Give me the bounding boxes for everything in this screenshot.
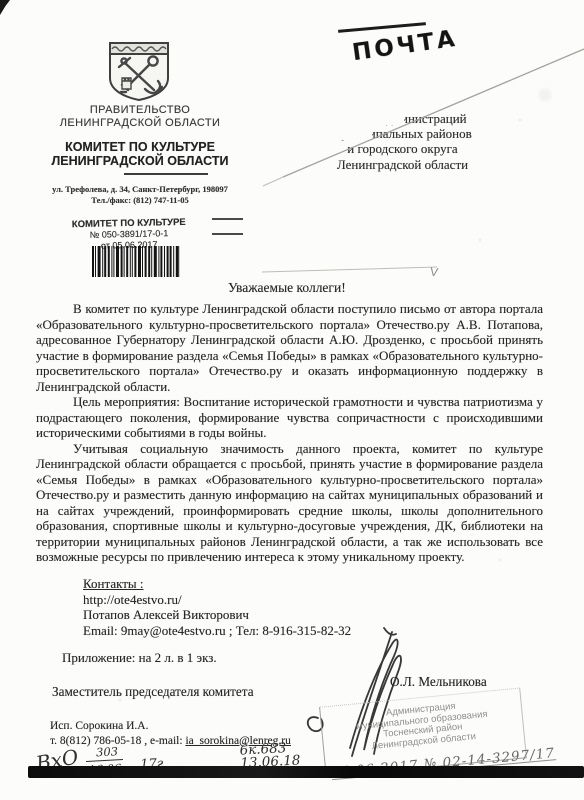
contacts-label: Контакты :: [83, 576, 351, 592]
blank-fill-line: [212, 218, 243, 220]
contacts-website: http://ote4estvo.ru/: [83, 592, 351, 608]
executor-name: Исп. Сорокина И.А.: [50, 719, 291, 734]
blank-fill-line: [212, 233, 243, 235]
addressee-line: Ленинградской области: [305, 157, 500, 172]
signer-position: Заместитель председателя комитета: [52, 684, 254, 700]
scan-edge-bar: [28, 766, 584, 778]
postal-stamp: ПОЧТА: [351, 26, 459, 66]
addressee-line: и городского округа: [305, 141, 500, 156]
incoming-stamp: Администрация муниципального образования…: [319, 687, 527, 777]
letter-body: В комитет по культуре Ленинградской обла…: [36, 301, 543, 565]
letterhead: ПРАВИТЕЛЬСТВО ЛЕНИНГРАДСКОЙ ОБЛАСТИ КОМИ…: [20, 104, 260, 168]
attachment-note: Приложение: на 2 л. в 1 экз.: [62, 650, 217, 666]
check-mark: V: [429, 265, 439, 280]
org-government-line1: ПРАВИТЕЛЬСТВО: [20, 104, 260, 117]
org-committee-line1: КОМИТЕТ ПО КУЛЬТУРЕ: [20, 140, 260, 154]
paragraph: В комитет по культуре Ленинградской обла…: [36, 301, 543, 394]
org-government-line2: ЛЕНИНГРАДСКОЙ ОБЛАСТИ: [20, 117, 260, 130]
paragraph: Учитывая социальную значимость данного п…: [36, 441, 543, 565]
scan-crease-whiteout: [292, 125, 372, 140]
contacts-email-phone: Email: 9may@ote4estvo.ru ; Тел: 8-916-31…: [83, 623, 351, 639]
coat-of-arms-icon: [107, 40, 171, 102]
paragraph: Цель мероприятия: Воспитание историческо…: [36, 394, 543, 441]
org-committee-line2: ЛЕНИНГРАДСКОЙ ОБЛАСТИ: [20, 154, 260, 168]
greeting: Уважаемые коллеги!: [228, 280, 346, 296]
signer-name: О.Л. Мельникова: [390, 674, 487, 690]
contacts-person: Потапов Алексей Викторович: [83, 607, 351, 623]
org-phone: Тел./факс: (812) 747-11-05: [10, 195, 270, 206]
org-address: ул. Трефолева, д. 34, Санкт-Петербург, 1…: [10, 184, 270, 195]
scan-corner-artifact: [0, 0, 10, 15]
letterhead-contacts: ул. Трефолева, д. 34, Санкт-Петербург, 1…: [10, 184, 270, 205]
contacts-block: Контакты : http://ote4estvo.ru/ Потапов …: [83, 576, 351, 638]
barcode-icon: [92, 246, 180, 277]
letterhead-divider: [124, 173, 208, 175]
scanned-letter-page: ПРАВИТЕЛЬСТВО ЛЕНИНГРАДСКОЙ ОБЛАСТИ КОМИ…: [0, 0, 584, 800]
scan-crease-whiteout: [292, 109, 404, 125]
